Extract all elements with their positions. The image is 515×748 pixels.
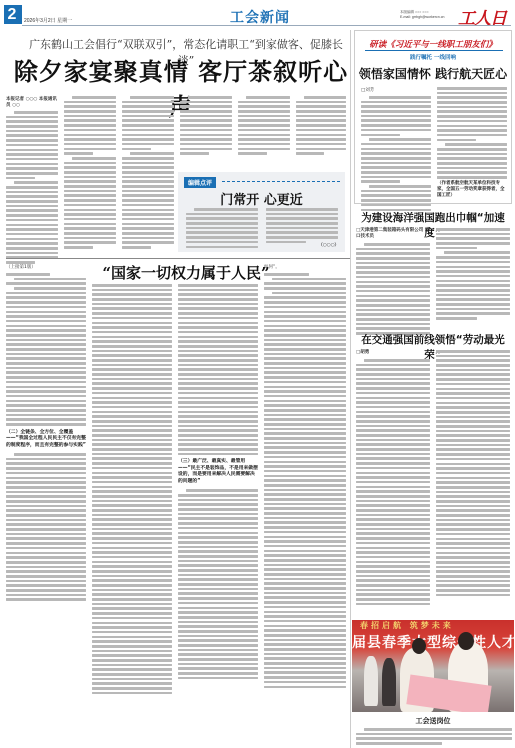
essay-subhead-2: （三）最广泛、最真实、最管用——“民主不是装饰品，不是用来做摆设的，而是要用来解… xyxy=(178,459,258,485)
lead-column-3 xyxy=(122,96,174,249)
column-divider xyxy=(350,30,351,748)
body-text xyxy=(238,96,290,155)
series-box: 研读《习近平与一线职工朋友们》 践行嘱托 一线回响 领悟家国情怀 践行航天匠心 … xyxy=(354,30,512,204)
lead-column-5 xyxy=(238,96,290,155)
article-2-author: □天津港第二集装箱码头有限公司 港口技术员 xyxy=(356,228,430,240)
body-text xyxy=(6,453,86,601)
article-1-column-2: （作者系航空航天某单位科技专家，全国五一劳动奖章获得者，全国工匠） xyxy=(437,87,507,199)
lead-column-1: 本报记者 ○○○ 本报通讯员 ○○ xyxy=(6,96,58,264)
job-fair-photo: 春招启航 筑梦未来 届县春季大型综合性人才 xyxy=(352,620,514,712)
body-text xyxy=(178,489,258,679)
photo-caption-text xyxy=(356,728,512,745)
masthead: 2 2026年3月2日 星期一 工会新闻 本版编辑 ○○○ ○○○ E-mail… xyxy=(0,0,515,28)
editorial-tag-line xyxy=(222,181,340,182)
photo-banner-title: 届县春季大型综合性人才 xyxy=(352,632,514,652)
photo-caption-title: 工会送岗位 xyxy=(352,716,514,726)
page-number-bar xyxy=(20,5,22,24)
series-subtitle: 践行嘱托 一线回响 xyxy=(355,53,511,61)
editor-info: 本版编辑 ○○○ ○○○ E-mail: grrbgh@workercn.cn xyxy=(400,10,444,20)
lead-column-2 xyxy=(64,96,116,249)
photo-person xyxy=(458,632,474,650)
body-text xyxy=(264,273,346,688)
lead-column-6 xyxy=(296,96,346,155)
body-text xyxy=(122,96,174,249)
page-number: 2 xyxy=(4,5,20,24)
editorial-column-2 xyxy=(266,208,338,243)
editorial-title: 门常开 心更近 xyxy=(178,189,345,208)
section-title: 工会新闻 xyxy=(230,7,290,27)
article-1-headline: 领悟家国情怀 践行航天匠心 xyxy=(355,65,511,82)
masthead-rule xyxy=(22,25,511,26)
article-2-column-2 xyxy=(436,228,510,320)
essay-fragment: 如何”。 xyxy=(264,264,346,270)
article-2-column-1: □天津港第二集装箱码头有限公司 港口技术员 xyxy=(356,228,430,335)
essay-headline: “国家一切权力属于人民” xyxy=(96,262,276,283)
photo-person xyxy=(382,658,396,706)
body-text xyxy=(296,96,346,155)
article-1-author: □刘芳 xyxy=(361,87,431,93)
essay-subhead-1: （二）全链条、全方位、全覆盖——“我国全过程人民民主不仅有完整的制度程序，而且有… xyxy=(6,430,86,450)
editorial-column-1 xyxy=(186,208,258,248)
editorial-signature: （○○○） xyxy=(318,242,339,248)
body-text xyxy=(6,273,86,426)
article-1-closing: （作者系航空航天某单位科技专家，全国五一劳动奖章获得者，全国工匠） xyxy=(437,181,507,199)
photo-person xyxy=(412,638,426,654)
essay-column-3: （三）最广泛、最真实、最管用——“民主不是装饰品，不是用来做摆设的，而是要用来解… xyxy=(178,284,258,679)
body-text xyxy=(64,96,116,249)
article-1-column-1: □刘芳 xyxy=(361,87,431,211)
editorial-tag: 编辑点评 xyxy=(184,177,216,188)
body-text xyxy=(92,284,172,694)
article-3-author: □胡勇 xyxy=(356,350,430,356)
editorial-box: 编辑点评 门常开 心更近 （○○○） xyxy=(178,172,345,252)
editor-email: E-mail: grrbgh@workercn.cn xyxy=(400,15,444,20)
article-3-column-2 xyxy=(436,350,510,596)
essay-column-4: 如何”。 xyxy=(264,264,346,688)
body-text xyxy=(178,284,258,455)
article-3-column-1: □胡勇 xyxy=(356,350,430,605)
lead-column-4 xyxy=(180,96,232,155)
body-text xyxy=(180,96,232,155)
body-text xyxy=(6,111,58,264)
essay-column-2 xyxy=(92,284,172,694)
essay-series-label: （上接第1版） xyxy=(6,264,86,270)
series-rule xyxy=(365,50,503,51)
photo-banner-slogan: 春招启航 筑梦未来 xyxy=(360,620,454,631)
essay-column-1: （上接第1版） （二）全链条、全方位、全覆盖——“我国全过程人民民主不仅有完整的… xyxy=(6,264,86,601)
lead-byline: 本报记者 ○○○ 本报通讯员 ○○ xyxy=(6,96,58,108)
issue-date: 2026年3月2日 星期一 xyxy=(24,17,72,24)
section-divider xyxy=(6,258,350,259)
series-title: 研读《习近平与一线职工朋友们》 xyxy=(355,38,511,50)
photo-person xyxy=(364,656,378,706)
